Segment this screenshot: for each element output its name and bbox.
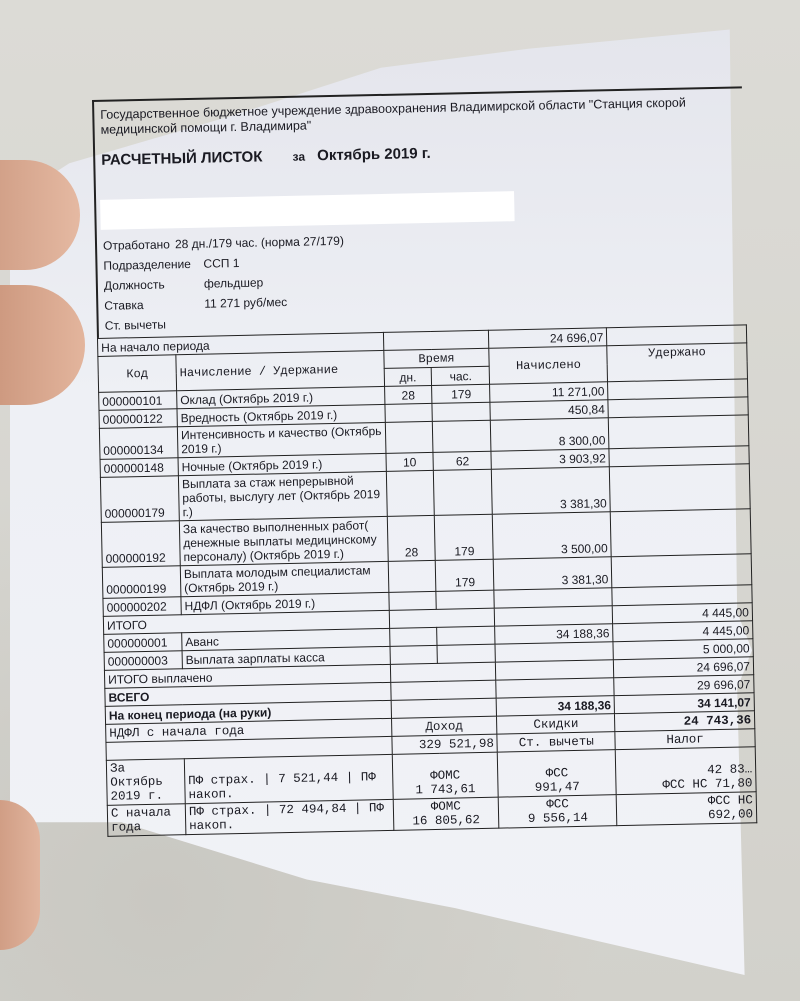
- info-value: фельдшер: [204, 272, 264, 293]
- period: Октябрь 2019 г.: [317, 145, 431, 164]
- row-accrued: 8 300,00: [491, 418, 609, 451]
- foms-value: 16 805,62: [412, 813, 480, 828]
- redacted-name: [100, 191, 515, 230]
- row-days: [388, 560, 437, 592]
- info-value: ССП 1: [203, 253, 239, 274]
- row-days: [388, 591, 436, 610]
- row-hours: [432, 402, 490, 421]
- row-days: [385, 403, 433, 422]
- info-label: Ст. вычеты: [105, 314, 205, 336]
- year-label: С начала года: [107, 804, 186, 837]
- row-hours: 62: [433, 451, 491, 470]
- row-hours: 179: [435, 514, 494, 560]
- period-prefix: за: [292, 150, 305, 164]
- payslip-table: На начало периода 24 696,07 Код Начислен…: [97, 324, 757, 837]
- pf-strah-label: ПФ страх.: [188, 773, 256, 788]
- row-code: 000000101: [99, 391, 177, 411]
- foms-label: ФОМС: [430, 768, 460, 783]
- col-code: Код: [98, 355, 177, 393]
- row-code: 000000148: [100, 458, 178, 478]
- fss-ns-value: 692,00: [708, 807, 753, 822]
- info-value: 28 дн./179 час. (норма 27/179): [175, 231, 344, 255]
- fss-label: ФСС: [546, 766, 569, 780]
- payslip-header: Государственное бюджетное учреждение здр…: [92, 86, 747, 338]
- payslip-title: РАСЧЕТНЫЙ ЛИСТОК: [101, 148, 262, 168]
- col-accrued: Начислено: [489, 346, 608, 384]
- info-value: 11 271 руб/мес: [204, 292, 287, 314]
- finger: [0, 800, 40, 950]
- fss-value: 991,47: [535, 780, 580, 795]
- col-withheld: Удержано: [607, 343, 748, 382]
- row-withheld: [611, 554, 751, 588]
- row-code: 000000179: [100, 476, 179, 523]
- row-code: 000000202: [103, 597, 181, 617]
- payslip: Государственное бюджетное учреждение здр…: [92, 86, 757, 836]
- row-name: Интенсивность и качество (Октябрь 2019 г…: [177, 422, 385, 457]
- employee-info: Отработано28 дн./179 час. (норма 27/179)…: [103, 231, 346, 336]
- fss-ns-value: 71,80: [715, 776, 753, 791]
- ndfl-income-label: Доход: [391, 716, 497, 736]
- organization-name: Государственное бюджетное учреждение здр…: [100, 95, 736, 138]
- info-label: Подразделение: [103, 254, 203, 276]
- pf-strah-value: 7 521,44: [278, 771, 338, 786]
- row-code: 000000192: [101, 521, 180, 568]
- row-hours: 179: [432, 384, 490, 403]
- foms-value: 1 743,61: [415, 782, 475, 797]
- row-hours: [436, 590, 494, 609]
- row-days: 28: [384, 385, 432, 404]
- row-accrued: 3 500,00: [493, 512, 612, 559]
- payment-code: 000000003: [104, 651, 182, 671]
- row-days: 28: [387, 515, 436, 561]
- tax-value: 42 83…: [707, 762, 752, 777]
- ndfl-income: 329 521,98: [391, 734, 497, 754]
- row-code: 000000122: [99, 409, 177, 429]
- row-hours: [434, 469, 493, 515]
- col-time: Время: [383, 348, 489, 368]
- row-hours: 179: [436, 559, 495, 591]
- foms-label: ФОМС: [431, 799, 461, 814]
- row-hours: [433, 420, 492, 452]
- fss-value: 9 556,14: [528, 811, 588, 826]
- row-code: 000000199: [102, 566, 181, 599]
- row-withheld: [610, 509, 751, 557]
- info-label: Ставка: [104, 294, 204, 316]
- col-hours: час.: [432, 366, 490, 385]
- payment-code: 000000001: [104, 633, 182, 653]
- row-withheld: [609, 464, 750, 512]
- fss-ns-label: ФСС НС: [708, 793, 753, 808]
- info-label: Должность: [104, 274, 204, 296]
- row-accrued: 3 381,30: [494, 557, 612, 590]
- row-name: Выплата за стаж непрерывной работы, высл…: [178, 471, 387, 520]
- row-name: Выплата молодым специалистам (Октябрь 20…: [180, 561, 388, 596]
- col-days: дн.: [384, 367, 432, 386]
- row-accrued: 3 381,30: [492, 467, 611, 514]
- october-label: За Октябрь 2019 г.: [106, 759, 185, 806]
- pf-strah-label: ПФ страх.: [189, 804, 257, 819]
- row-days: 10: [386, 452, 434, 471]
- fss-ns-label: ФСС НС: [662, 777, 707, 792]
- row-name: За качество выполненных работ( денежные …: [179, 516, 388, 565]
- row-days: [385, 421, 434, 453]
- row-code: 000000134: [99, 427, 178, 460]
- fss-label: ФСС: [546, 797, 569, 811]
- row-withheld: [608, 415, 748, 449]
- col-name: Начисление / Удержание: [176, 350, 384, 390]
- row-days: [386, 470, 435, 516]
- title-row: РАСЧЕТНЫЙ ЛИСТОК за Октябрь 2019 г.: [101, 139, 737, 169]
- pf-strah-value: 72 494,84: [279, 802, 347, 817]
